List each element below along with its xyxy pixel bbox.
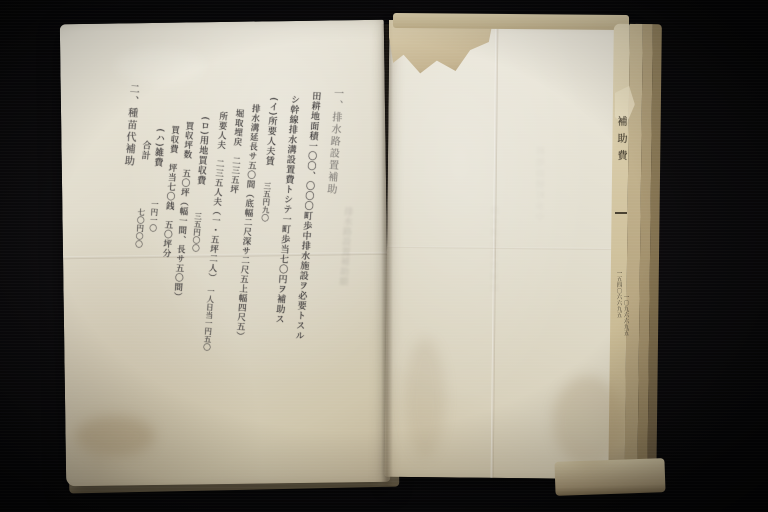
amount: 七〇円〇〇 (134, 208, 146, 249)
fore-edge-title: 補助費 (613, 116, 628, 167)
amount: 一人日当一円五〇 (202, 287, 215, 351)
amount: 一円一〇 (148, 200, 159, 233)
handwritten-text-block: 排水路設置補助願 一、排水路設置補助 田耕地面積一〇〇、〇〇〇町歩中排水施設ヲ必… (101, 71, 370, 368)
item-i-labor-cost: (イ)所要人夫賃三五円九〇 (259, 97, 277, 222)
amount: 三五円九〇 (260, 182, 272, 223)
fore-edge-numbers: 一〇九六六九五 (622, 294, 628, 336)
text-column: 田耕地面積一〇〇、〇〇〇町歩中排水施設ヲ必要トスル (293, 91, 319, 341)
page-gutter-shadow (381, 24, 393, 486)
paper-stain (553, 376, 623, 466)
fore-edge-numbers: 一五四〇六六九五 (615, 270, 621, 318)
showthrough-text: 排水溝設置費補助 (492, 206, 502, 294)
open-notebook: 耕地面積町歩中 排水溝設置費補助 補助費 一五四〇六六九五 一〇九六六九五 排水… (55, 8, 670, 506)
text-column: シ幹線排水溝設置費トシテ一町歩当七〇円ヲ補助ス (273, 94, 298, 324)
showthrough-text: 耕地面積町歩中 (537, 146, 547, 223)
fore-edge-mark (615, 212, 627, 214)
photograph: 耕地面積町歩中 排水溝設置費補助 補助費 一五四〇六六九五 一〇九六六九五 排水… (0, 0, 768, 512)
bottom-corner-page-edges (554, 458, 665, 496)
showthrough-text: 排水路設置補助願 (337, 206, 352, 286)
paper-stain (405, 338, 445, 458)
paper-stain (75, 416, 155, 456)
amount: 三五円〇〇 (191, 212, 203, 253)
top-page-edges (393, 13, 629, 30)
total-row: 合計七〇円〇〇 (133, 140, 150, 248)
section-1-heading: 一、排水路設置補助 (324, 87, 342, 195)
horizontal-crease (387, 246, 627, 251)
section-2-heading: 二、種苗代補助 (122, 83, 138, 167)
text-column: 堀取埋戻 二三五坪 (229, 109, 243, 195)
